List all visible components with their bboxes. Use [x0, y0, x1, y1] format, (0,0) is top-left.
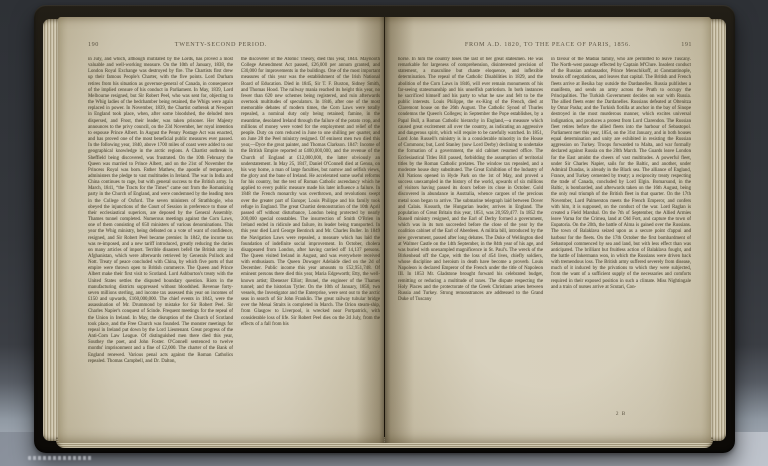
- open-book: 190 TWENTY-SECOND PERIOD. in July, and w…: [34, 5, 735, 453]
- page-edges-left: [43, 19, 58, 441]
- right-page-column-1: horse. In him the country loses the last…: [398, 57, 543, 409]
- photo-background: 190 TWENTY-SECOND PERIOD. in July, and w…: [0, 0, 768, 466]
- left-page-column-2: the discoverer of the Atomic Theory, die…: [241, 57, 380, 409]
- collection-stamp: [28, 456, 92, 460]
- printer-signature-mark: 2 B: [551, 411, 691, 417]
- left-page: 190 TWENTY-SECOND PERIOD. in July, and w…: [58, 17, 384, 443]
- right-page: 191 FROM A.D. 1820, TO THE PEACE OF PARI…: [385, 17, 711, 443]
- page-edges-right: [711, 19, 726, 441]
- left-page-column-1: in July, and which, although mutilated b…: [88, 57, 233, 409]
- right-running-title: FROM A.D. 1820, TO THE PEACE OF PARIS, 1…: [385, 41, 711, 51]
- left-running-title: TWENTY-SECOND PERIOD.: [58, 41, 384, 51]
- right-page-column-2: in favour of the Madiai family, who are …: [551, 57, 691, 409]
